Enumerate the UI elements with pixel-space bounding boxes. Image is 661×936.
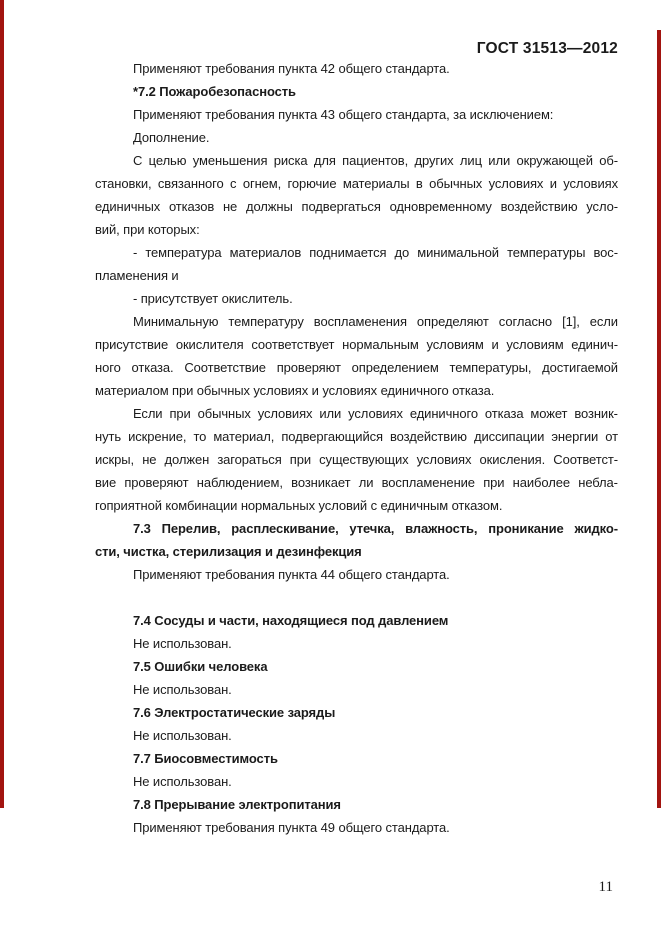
text-line: единичныхотказовнедолжныподвергатьсяодно… <box>95 195 618 218</box>
document-body: Применяют требования пункта 42 общего ст… <box>95 57 618 839</box>
text-line: искры,недолжензагоратьсяприсуществующиху… <box>95 448 618 471</box>
heading-line: 7.7 Биосовместимость <box>133 747 618 770</box>
document-page: { "document": { "standard_code": "ГОСТ 3… <box>0 0 661 936</box>
text-line: Минимальнуютемпературувоспламененияопред… <box>133 310 618 333</box>
text-line: нутьискрение,томатериал,подвергающийсяво… <box>95 425 618 448</box>
text-line: гоприятной комбинации нормальных условий… <box>95 494 618 517</box>
text-line: становки,связанногосогнем,горючиематериа… <box>95 172 618 195</box>
text-line: Еслиприобычныхусловияхилиусловияхединичн… <box>133 402 618 425</box>
heading-line: 7.6 Электростатические заряды <box>133 701 618 724</box>
text-line: Не использован. <box>133 724 618 747</box>
text-line: ногоотказа.Соответствиепроверяютопределе… <box>95 356 618 379</box>
text-line: материалом при обычных условиях и услови… <box>95 379 618 402</box>
text-line: Не использован. <box>133 770 618 793</box>
blank-line <box>95 586 618 609</box>
standard-code-header: ГОСТ 31513—2012 <box>95 40 618 57</box>
heading-line: 7.4 Сосуды и части, находящиеся под давл… <box>133 609 618 632</box>
heading-line: сти, чистка, стерилизация и дезинфекция <box>95 540 618 563</box>
text-line: Дополнение. <box>133 126 618 149</box>
heading-line: 7.8 Прерывание электропитания <box>133 793 618 816</box>
text-line: Применяют требования пункта 43 общего ст… <box>133 103 618 126</box>
text-line: Применяют требования пункта 42 общего ст… <box>133 57 618 80</box>
text-line: Не использован. <box>133 678 618 701</box>
text-line: Сцельюуменьшениярискадляпациентов,других… <box>133 149 618 172</box>
left-edge-scan-bar <box>0 0 4 808</box>
text-line: вий, при которых: <box>95 218 618 241</box>
page-number: 11 <box>95 878 613 896</box>
text-line: Применяют требования пункта 44 общего ст… <box>133 563 618 586</box>
right-edge-scan-bar <box>657 30 661 808</box>
text-line: виепроверяютнаблюдением,возникаетливоспл… <box>95 471 618 494</box>
heading-line: *7.2 Пожаробезопасность <box>133 80 618 103</box>
text-line: Не использован. <box>133 632 618 655</box>
heading-line: 7.3Перелив,расплескивание,утечка,влажнос… <box>133 517 618 540</box>
text-line: Применяют требования пункта 49 общего ст… <box>133 816 618 839</box>
heading-line: 7.5 Ошибки человека <box>133 655 618 678</box>
text-line: присутствиеокислителясоответствуетнормал… <box>95 333 618 356</box>
text-line: пламенения и <box>95 264 618 287</box>
text-line: -температураматериаловподнимаетсядоминим… <box>133 241 618 264</box>
text-line: - присутствует окислитель. <box>133 287 618 310</box>
